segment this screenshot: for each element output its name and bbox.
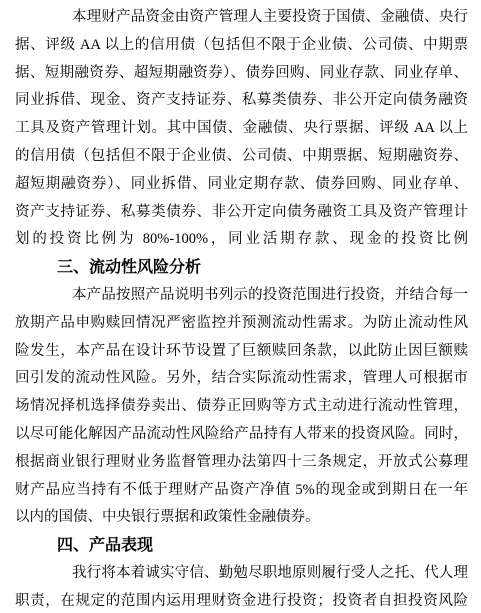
document-page: 本理财产品资金由资产管理人主要投资于国债、金融债、央行票 据、评级 AA 以上的… [0, 0, 481, 613]
paragraph-line: 本理财产品资金由资产管理人主要投资于国债、金融债、央行票 [15, 4, 468, 32]
paragraph-line: 据、评级 AA 以上的信用债（包括但不限于企业债、公司债、中期票 [15, 32, 468, 60]
paragraph-line: 超短期融资券）、同业拆借、同业定期存款、债券回购、同业存单、 [15, 171, 468, 199]
paragraph-investment-scope: 本理财产品资金由资产管理人主要投资于国债、金融债、央行票 据、评级 AA 以上的… [15, 4, 468, 254]
paragraph-line: 的信用债（包括但不限于企业债、公司债、中期票据、短期融资券、 [15, 143, 468, 171]
paragraph-line: 同业拆借、现金、资产支持证券、私募类债券、非公开定向债务融资 [15, 87, 468, 115]
paragraph-line: 以内的国债、中央银行票据和政策性金融债券。 [15, 504, 468, 532]
paragraph-line: 险发生，本产品在设计环节设置了巨额赎回条款，以此防止因巨额赎 [15, 338, 468, 366]
paragraph-line: 工具及资产管理计划。其中国债、金融债、央行票据、评级 AA 以上 [15, 115, 468, 143]
paragraph-line: 本产品按照产品说明书列示的投资范围进行投资，并结合每一开 [15, 282, 468, 310]
paragraph-line: 回引发的流动性风险。另外，结合实际流动性需求，管理人可根据市 [15, 365, 468, 393]
paragraph-line: 职责，在规定的范围内运用理财资金进行投资；投资者自担投资风险 [15, 588, 468, 613]
paragraph-line: 场情况择机选择债券卖出、债券正回购等方式主动进行流动性管理， [15, 393, 468, 421]
paragraph-line: 划的投资比例为 80%-100%，同业活期存款、现金的投资比例 0%-20%。 [15, 226, 468, 254]
paragraph-line: 根据商业银行理财业务监督管理办法第四十三条规定，开放式公募理 [15, 449, 468, 477]
paragraph-line: 资产支持证券、私募类债券、非公开定向债务融资工具及资产管理计 [15, 199, 468, 227]
section-heading-liquidity-risk: 三、流动性风险分析 [57, 254, 468, 282]
paragraph-line: 财产品应当持有不低于理财产品资产净值 5%的现金或到期日在一年 [15, 477, 468, 505]
paragraph-product-performance: 我行将本着诚实守信、勤勉尽职地原则履行受人之托、代人理财 职责，在规定的范围内运… [15, 560, 468, 613]
paragraph-line: 据、短期融资券、超短期融资券）、债券回购、同业存款、同业存单、 [15, 60, 468, 88]
paragraph-liquidity-risk: 本产品按照产品说明书列示的投资范围进行投资，并结合每一开 放期产品申购赎回情况严… [15, 282, 468, 532]
section-heading-product-performance: 四、产品表现 [57, 532, 468, 560]
paragraph-line: 以尽可能化解因产品流动性风险给产品持有人带来的投资风险。同时， [15, 421, 468, 449]
paragraph-line: 我行将本着诚实守信、勤勉尽职地原则履行受人之托、代人理财 [15, 560, 468, 588]
paragraph-line: 放期产品申购赎回情况严密监控并预测流动性需求。为防止流动性风 [15, 310, 468, 338]
